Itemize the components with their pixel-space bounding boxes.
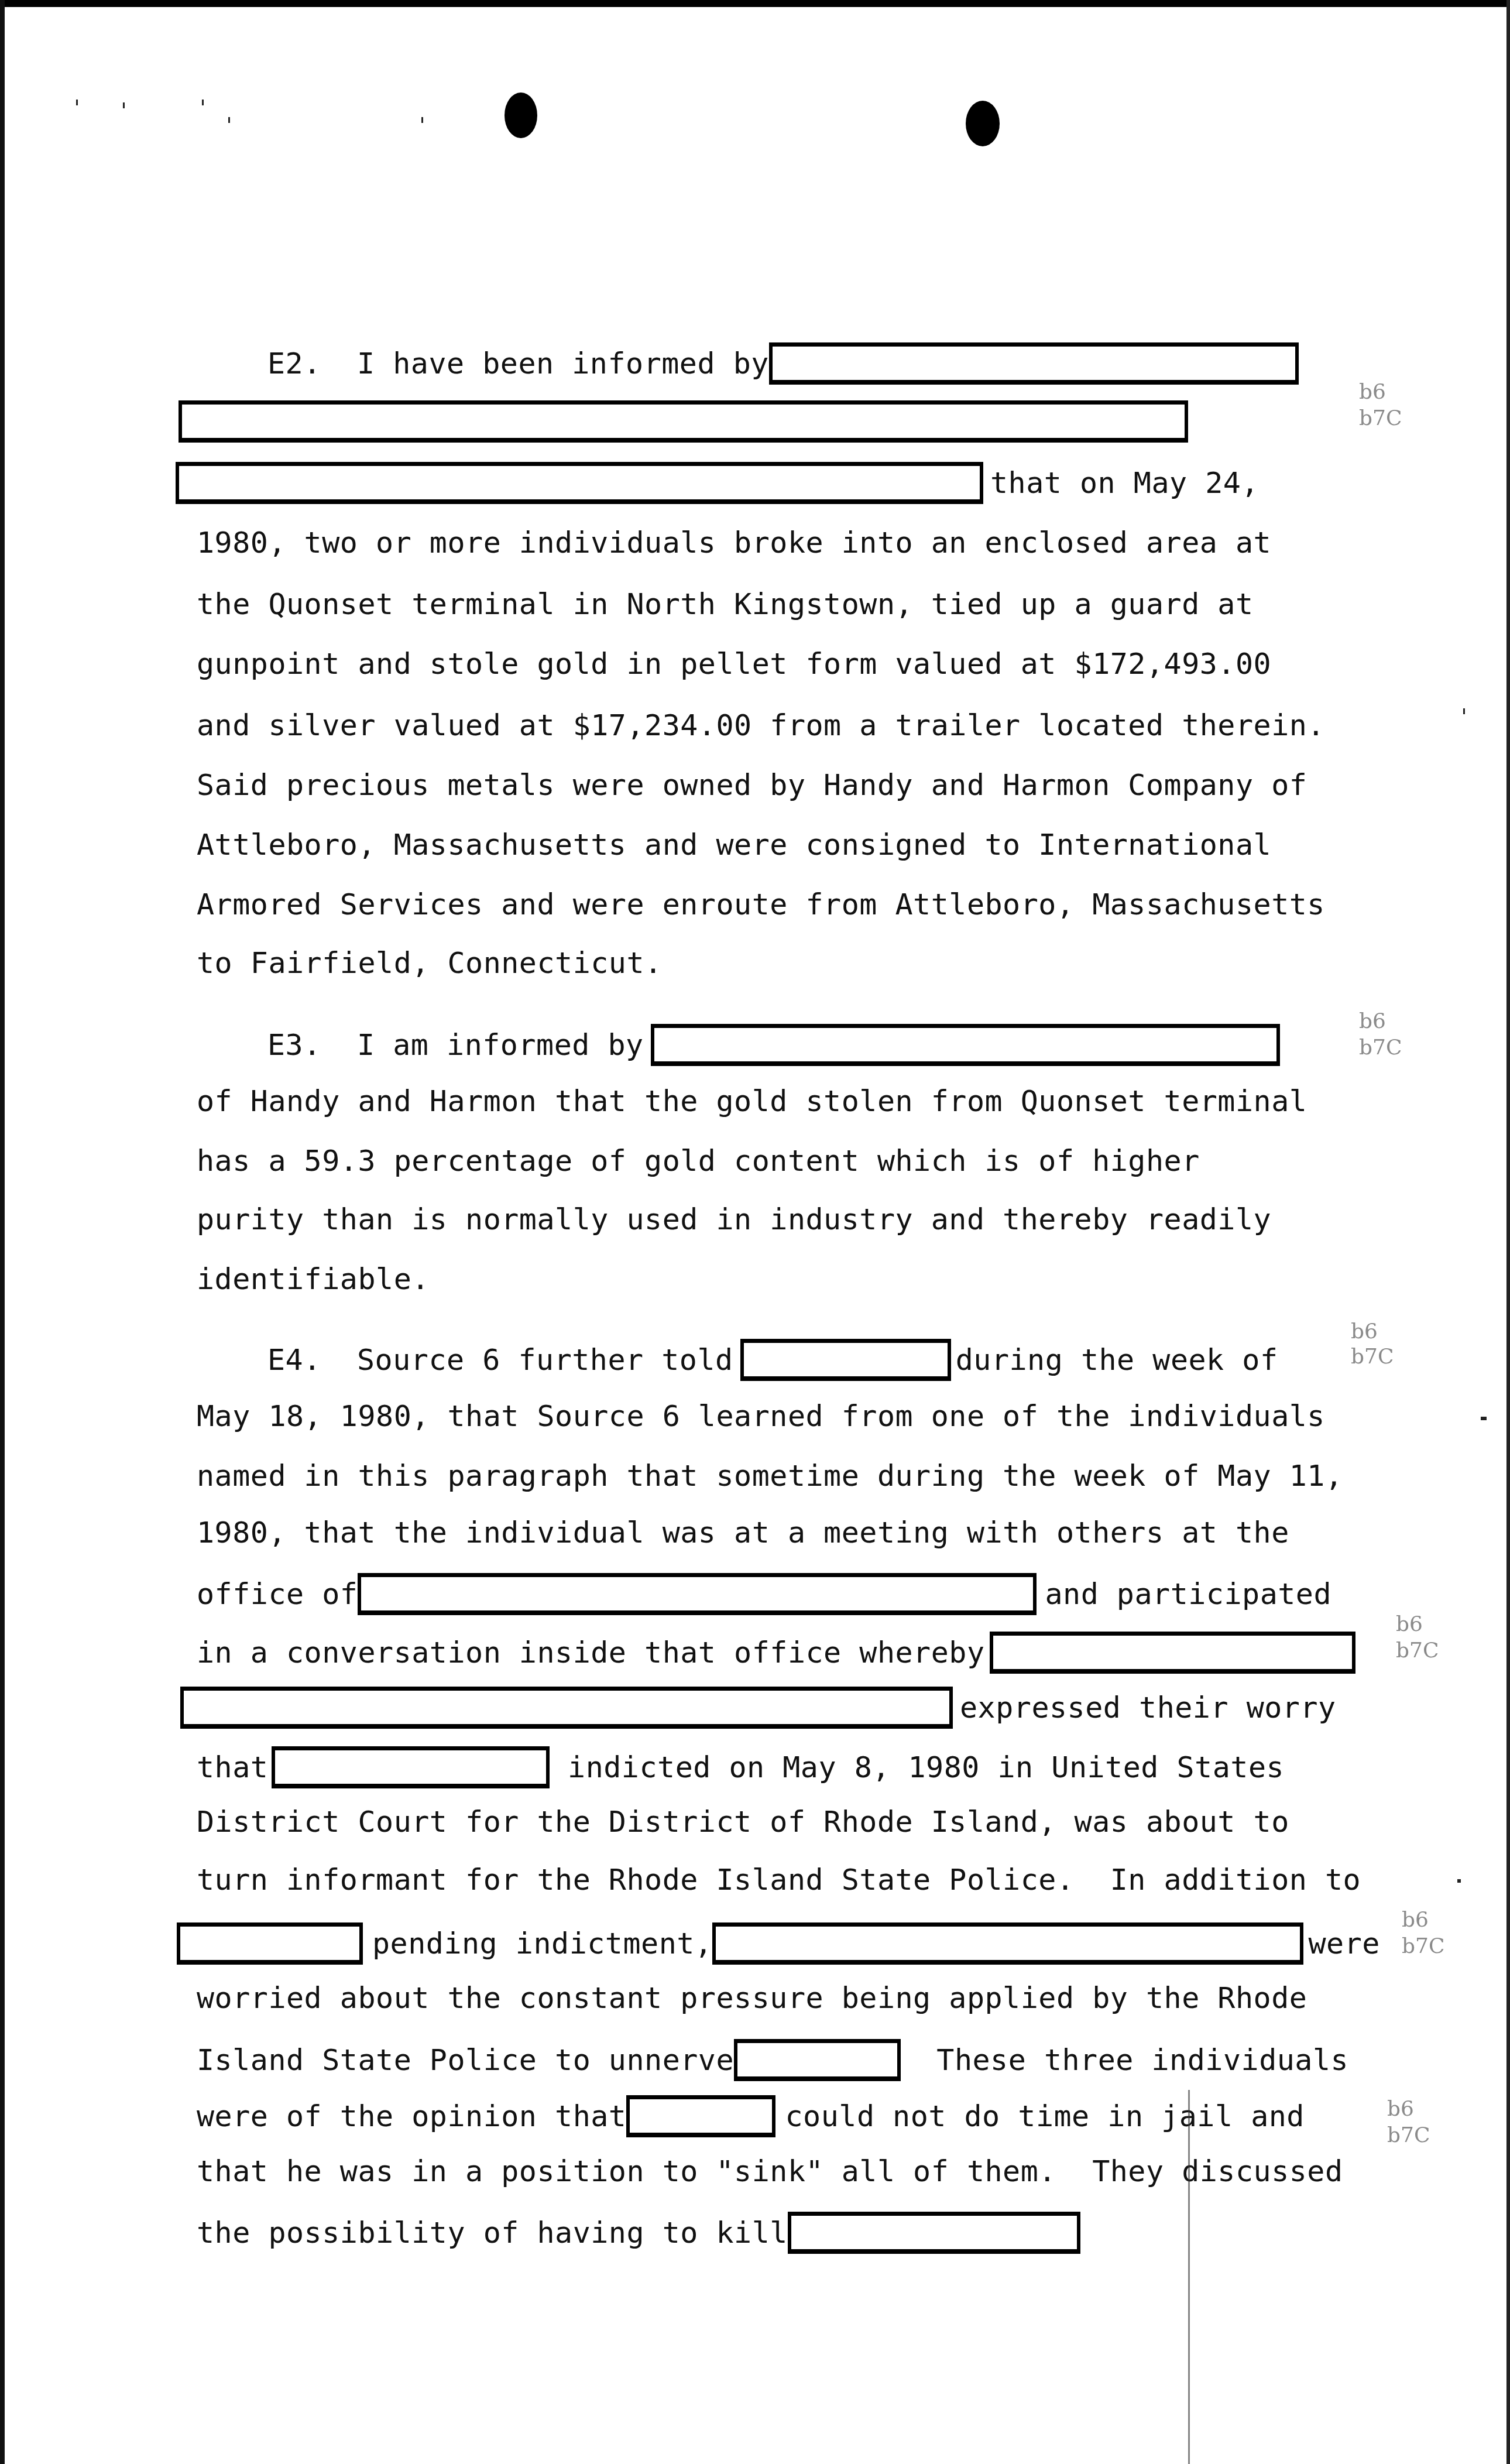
punch-hole-icon [966, 101, 1000, 146]
scan-edge-right [1506, 0, 1510, 2464]
text: that [197, 1750, 268, 1785]
text: during the week of [956, 1342, 1278, 1377]
redaction-box [769, 342, 1299, 385]
e4-line-8: that indicted on May 8, 1980 in United S… [197, 1746, 1284, 1788]
e2-line-4: 1980, two or more individuals broke into… [197, 525, 1271, 560]
e4-line-2: May 18, 1980, that Source 6 learned from… [197, 1399, 1325, 1434]
e2-line-10: Armored Services and were enroute from A… [197, 887, 1325, 922]
punch-hole-icon [505, 92, 537, 138]
text: pending indictment, [372, 1926, 712, 1961]
text: E3. I am informed by [267, 1027, 644, 1063]
exemption-code: b7C [1359, 407, 1402, 430]
e3-line-4: purity than is normally used in industry… [197, 1202, 1271, 1237]
text: and participated [1045, 1577, 1331, 1612]
e4-line-14: were of the opinion thatcould not do tim… [197, 2095, 1305, 2137]
scan-speck [1481, 1417, 1487, 1420]
e2-line-6: gunpoint and stole gold in pellet form v… [197, 646, 1271, 681]
scan-speck [202, 100, 204, 105]
e4-line-13: Island State Police to unnerve These thr… [197, 2039, 1348, 2081]
exemption-code: b6 [1396, 1613, 1423, 1636]
e2-line-5: the Quonset terminal in North Kingstown,… [197, 587, 1254, 622]
redaction-box [272, 1746, 550, 1788]
redaction-box [788, 2212, 1080, 2254]
scan-speck [1463, 708, 1465, 714]
text: E4. Source 6 further told [267, 1342, 733, 1377]
scan-speck [228, 117, 230, 123]
e2-line-11: to Fairfield, Connecticut. [197, 945, 663, 981]
text: These three individuals [901, 2043, 1348, 2078]
e4-line-6: in a conversation inside that office whe… [197, 1632, 1355, 1674]
e4-line-11: pending indictment,were [177, 1922, 1380, 1965]
e4-line-15: that he was in a position to "sink" all … [197, 2154, 1343, 2189]
text: in a conversation inside that office whe… [197, 1635, 985, 1670]
exemption-code: b7C [1351, 1345, 1394, 1369]
redaction-box [990, 1632, 1355, 1674]
redaction-box [176, 462, 983, 504]
e3-line-2: of Handy and Harmon that the gold stolen… [197, 1084, 1307, 1119]
e4-line-3: named in this paragraph that sometime du… [197, 1458, 1343, 1493]
e2-line-9: Attleboro, Massachusetts and were consig… [197, 827, 1271, 862]
e4-line-5: office ofand participated [197, 1573, 1331, 1615]
exemption-code: b7C [1396, 1639, 1439, 1663]
document-page: E2. I have been informed by that on May … [0, 0, 1510, 2464]
e3-line-1: E3. I am informed by [267, 1024, 1280, 1066]
text: expressed their worry [960, 1690, 1336, 1725]
e4-line-4: 1980, that the individual was at a meeti… [197, 1515, 1289, 1550]
text: indicted on May 8, 1980 in United States [550, 1750, 1284, 1785]
exemption-code: b6 [1387, 2098, 1414, 2121]
e2-line-1: E2. I have been informed by [267, 342, 1299, 385]
e3-line-3: has a 59.3 percentage of gold content wh… [197, 1143, 1200, 1178]
scan-speck [1457, 1879, 1461, 1883]
e4-line-7: expressed their worry [180, 1687, 1336, 1729]
e2-line-2 [179, 400, 1188, 443]
text: that on May 24, [990, 465, 1259, 501]
e4-line-10: turn informant for the Rhode Island Stat… [197, 1862, 1361, 1897]
e4-line-12: worried about the constant pressure bein… [197, 1980, 1307, 2016]
text: could not do time in jail and [785, 2099, 1304, 2134]
scan-speck [76, 100, 78, 105]
redaction-box [180, 1687, 953, 1729]
exemption-code: b6 [1402, 1908, 1429, 1932]
text: Island State Police to unnerve [197, 2043, 734, 2078]
redaction-box [712, 1922, 1303, 1965]
e3-line-5: identifiable. [197, 1262, 430, 1297]
scan-speck [421, 117, 423, 123]
exemption-code: b7C [1402, 1935, 1445, 1958]
redaction-box [179, 400, 1188, 443]
exemption-code: b7C [1387, 2124, 1430, 2147]
e2-line-8: Said precious metals were owned by Handy… [197, 767, 1307, 803]
text: were of the opinion that [197, 2099, 626, 2134]
text: office of [197, 1577, 358, 1612]
exemption-code: b6 [1351, 1320, 1378, 1344]
exemption-code: b7C [1359, 1036, 1402, 1060]
exemption-code: b6 [1359, 381, 1386, 404]
redaction-box [651, 1024, 1280, 1066]
e4-line-9: District Court for the District of Rhode… [197, 1804, 1289, 1839]
scan-artifact-line [1188, 2090, 1190, 2464]
scan-edge-top [0, 0, 1510, 7]
redaction-box [358, 1573, 1037, 1615]
redaction-box [734, 2039, 901, 2081]
e2-line-7: and silver valued at $17,234.00 from a t… [197, 708, 1325, 743]
scan-edge-left [0, 0, 5, 2464]
text: the possibility of having to kill [197, 2215, 788, 2250]
redaction-box [177, 1922, 363, 1965]
e2-line-3: that on May 24, [176, 462, 1259, 504]
text: were [1308, 1926, 1379, 1961]
text: E2. I have been informed by [267, 346, 769, 381]
exemption-code: b6 [1359, 1010, 1386, 1033]
redaction-box [740, 1339, 951, 1381]
scan-speck [123, 102, 125, 108]
e4-line-1: E4. Source 6 further toldduring the week… [267, 1339, 1278, 1381]
e4-line-16: the possibility of having to kill [197, 2212, 1080, 2254]
redaction-box [626, 2095, 775, 2137]
